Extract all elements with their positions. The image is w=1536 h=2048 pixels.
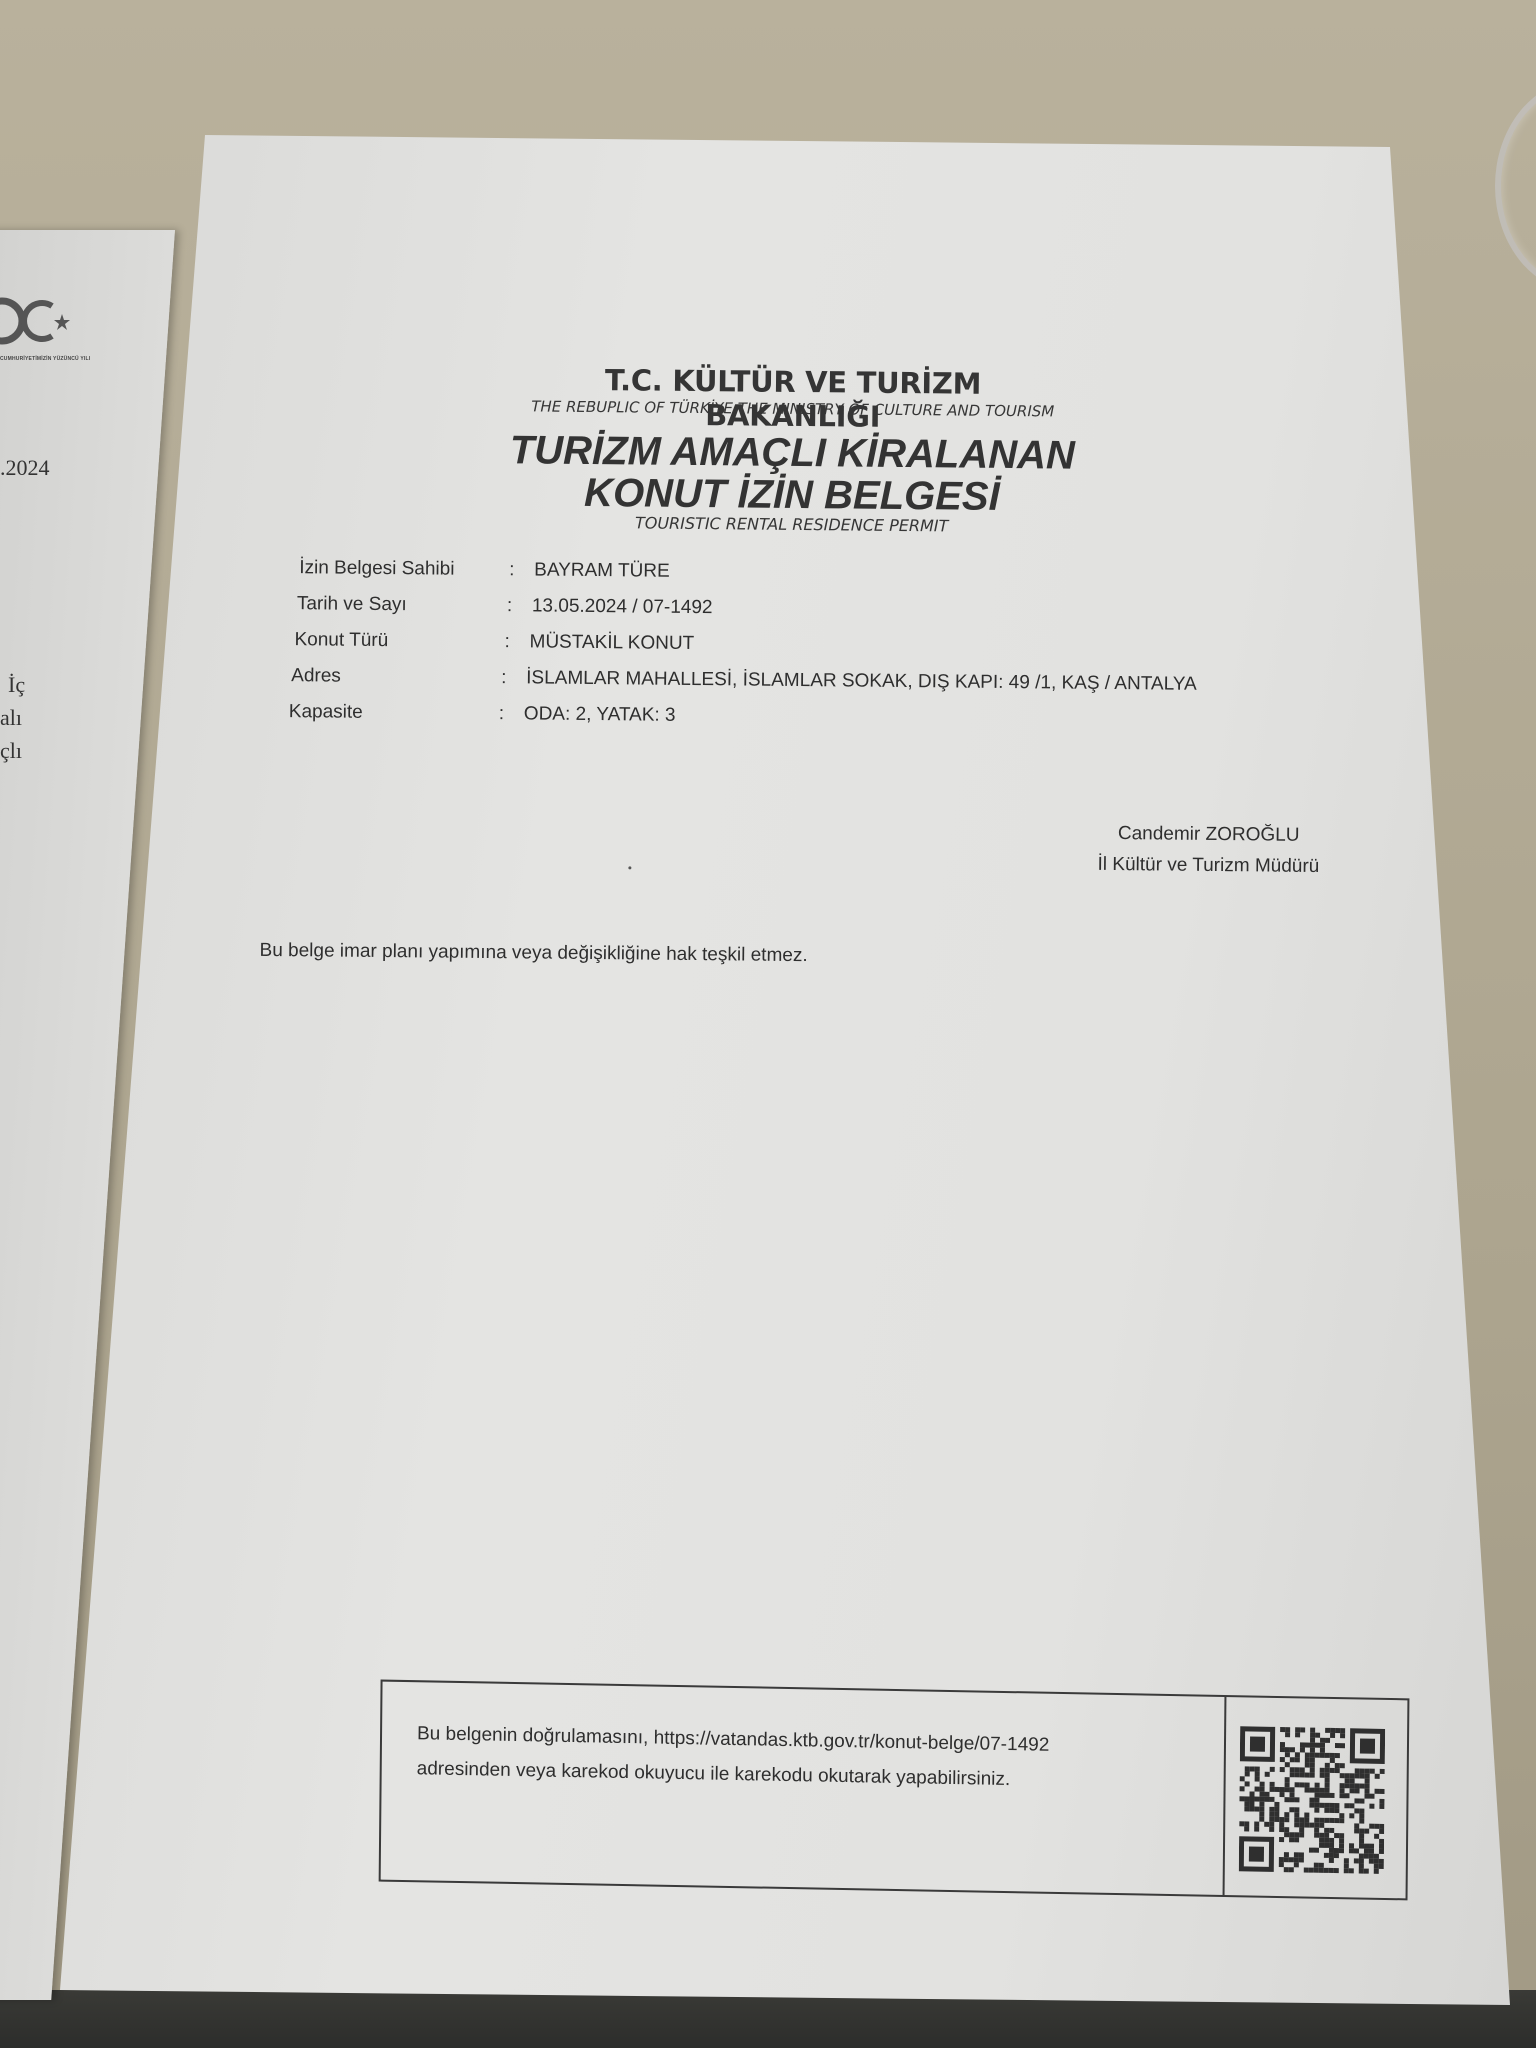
zoning-notice: Bu belge imar planı yapımına veya değişi… <box>259 940 807 967</box>
field-value: BAYRAM TÜRE <box>534 559 670 582</box>
verification-text: Bu belgenin doğrulamasını, https://vatan… <box>417 1716 1050 1798</box>
document-title-line1: TURİZM AMAÇLI KİRALANAN <box>472 429 1112 477</box>
document-title: TURİZM AMAÇLI KİRALANAN KONUT İZİN BELGE… <box>472 429 1113 519</box>
speck <box>628 866 631 869</box>
field-colon: : <box>507 595 512 617</box>
field-label: Kapasite <box>289 701 363 724</box>
permit-document-content: T.C. KÜLTÜR VE TURİZM BAKANLIĞI THE REBU… <box>0 0 1536 2048</box>
field-colon: : <box>499 703 504 725</box>
field-label: Tarih ve Sayı <box>297 593 407 616</box>
field-value: MÜSTAKİL KONUT <box>529 631 694 655</box>
qr-code-icon[interactable] <box>1239 1721 1385 1879</box>
field-label: Adres <box>291 665 341 687</box>
document-title-line2: KONUT İZİN BELGESİ <box>472 471 1112 519</box>
field-label: İzin Belgesi Sahibi <box>299 557 454 580</box>
field-label: Konut Türü <box>294 629 388 652</box>
field-colon: : <box>504 631 509 653</box>
field-value: 13.05.2024 / 07-1492 <box>532 595 713 619</box>
signatory-title: İl Kültür ve Turizm Müdürü <box>1078 849 1338 882</box>
field-value: ODA: 2, YATAK: 3 <box>524 703 676 726</box>
document-title-english: TOURISTIC RENTAL RESIDENCE PERMIT <box>532 512 1052 536</box>
verification-box: Bu belgenin doğrulamasını, https://vatan… <box>379 1680 1410 1901</box>
field-colon: : <box>501 667 506 689</box>
field-colon: : <box>509 559 514 581</box>
signatory-block: Candemir ZOROĞLU İl Kültür ve Turizm Müd… <box>1078 818 1339 882</box>
signatory-name: Candemir ZOROĞLU <box>1079 818 1339 851</box>
field-value: İSLAMLAR MAHALLESİ, İSLAMLAR SOKAK, DIŞ … <box>526 667 1197 695</box>
verification-divider <box>1223 1697 1227 1895</box>
